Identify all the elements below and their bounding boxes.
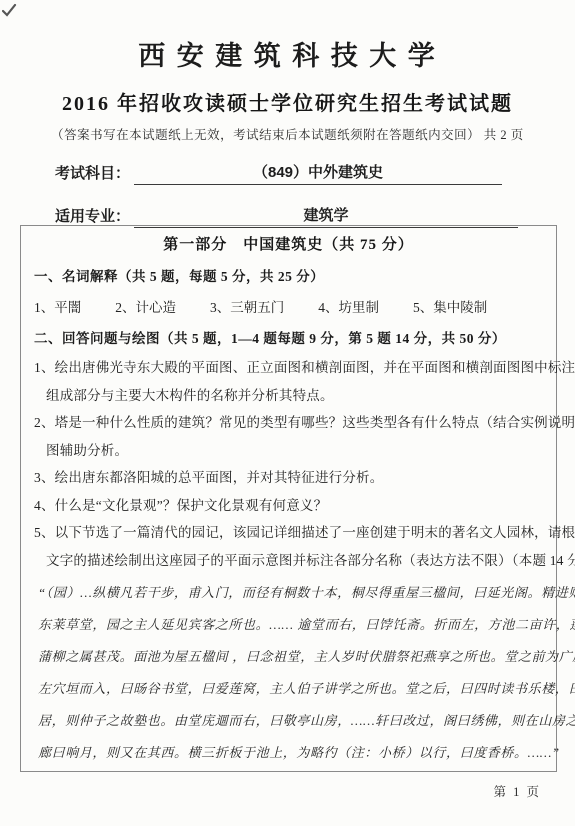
garden-record-quote: “（园）…纵横凡若干步，甫入门，而径有桐数十本，桐尽得重屋三楹间，曰延光阁。精进… [34,577,543,769]
major-value: 建筑学 [304,207,349,224]
quote-line: 左穴垣而入，曰旸谷书堂，曰爱莲窝，主人伯子讲学之所也。堂之后，曰四时读书乐楼，曰… [38,673,543,705]
subject-value: （849）中外建筑史 [253,164,383,181]
questions-block: 1、绘出唐佛光寺东大殿的平面图、正立面图和横剖面图，并在平面图和横剖面图图中标注… [34,354,543,574]
question-line: 2、塔是一种什么性质的建筑？常见的类型有哪些？这些类型各有什么特点（结合实例说明… [34,409,543,437]
subject-field-row: 考试科目：（849）中外建筑史 [55,162,575,186]
page-number: 第 1 页 [493,782,541,800]
instruction-note: （答案书写在本试题纸上无效，考试结束后本试题纸须附在答题纸内交回） 共 2 页 [0,125,575,143]
term-item: 5、集中陵制 [413,298,487,318]
quote-line: 居，则仲子之故塾也。由堂庑逥而右，曰敬亭山房，……轩曰改过，阁曰绣佛，则在山房之… [38,705,543,737]
subject-label: 考试科目： [55,163,130,185]
question-line: 文字的描述绘制出这座园子的平面示意图并标注各部分名称（表达方法不限）（本题 14… [34,547,543,575]
question-box: 第一部分 中国建筑史（共 75 分） 一、名词解释（共 5 题，每题 5 分，共… [20,225,557,772]
section2-heading: 二、回答问题与绘图（共 5 题，1—4 题每题 9 分，第 5 题 14 分，共… [34,329,543,349]
part1-heading: 第一部分 中国建筑史（共 75 分） [34,234,543,256]
term-item: 2、计心造 [115,298,176,318]
quote-line: 东莱草堂，园之主人延见宾客之所也。…… 逾堂而右，曰饽饦斋。折而左，方池二亩许，… [38,609,543,641]
term-item: 3、三朝五门 [210,298,284,318]
quote-line: 蒲柳之属甚茂。面池为屋五楹间 ，曰念祖堂，主人岁时伏腊祭祀燕享之所也。堂之前为广… [38,641,543,673]
university-name: 西 安 建 筑 科 技 大 学 [0,34,575,73]
question-line: 3、绘出唐东都洛阳城的总平面图，并对其特征进行分析。 [34,464,543,492]
quote-line: “（园）…纵横凡若干步，甫入门，而径有桐数十本，桐尽得重屋三楹间，曰延光阁。精进… [38,577,543,609]
exam-title: 2016 年招收攻读硕士学位研究生招生考试试题 [0,87,575,116]
terms-row: 1、平闇 2、计心造 3、三朝五门 4、坊里制 5、集中陵制 [34,298,543,318]
quote-line: 廊曰响月，则又在其西。横三折板于池上，为略彴（注：小桥）以行，曰度香桥。……” [38,737,543,769]
exam-paper-page: 西 安 建 筑 科 技 大 学 2016 年招收攻读硕士学位研究生招生考试试题 … [0,0,575,826]
question-line: 5、以下节选了一篇清代的园记，该园记详细描述了一座创建于明末的著名文人园林，请根… [34,519,543,547]
question-line: 组成部分与主要大木构件的名称并分析其特点。 [34,382,543,410]
question-line: 图辅助分析。 [34,437,543,465]
question-line: 1、绘出唐佛光寺东大殿的平面图、正立面图和横剖面图，并在平面图和横剖面图图中标注… [34,354,543,382]
question-line: 4、什么是“文化景观”？保护文化景观有何意义？ [34,492,543,520]
subject-underline: （849）中外建筑史 [134,162,502,185]
section1-heading: 一、名词解释（共 5 题，每题 5 分，共 25 分） [34,267,543,287]
term-item: 1、平闇 [34,298,81,318]
scan-ink-mark [2,3,20,17]
term-item: 4、坊里制 [318,298,379,318]
